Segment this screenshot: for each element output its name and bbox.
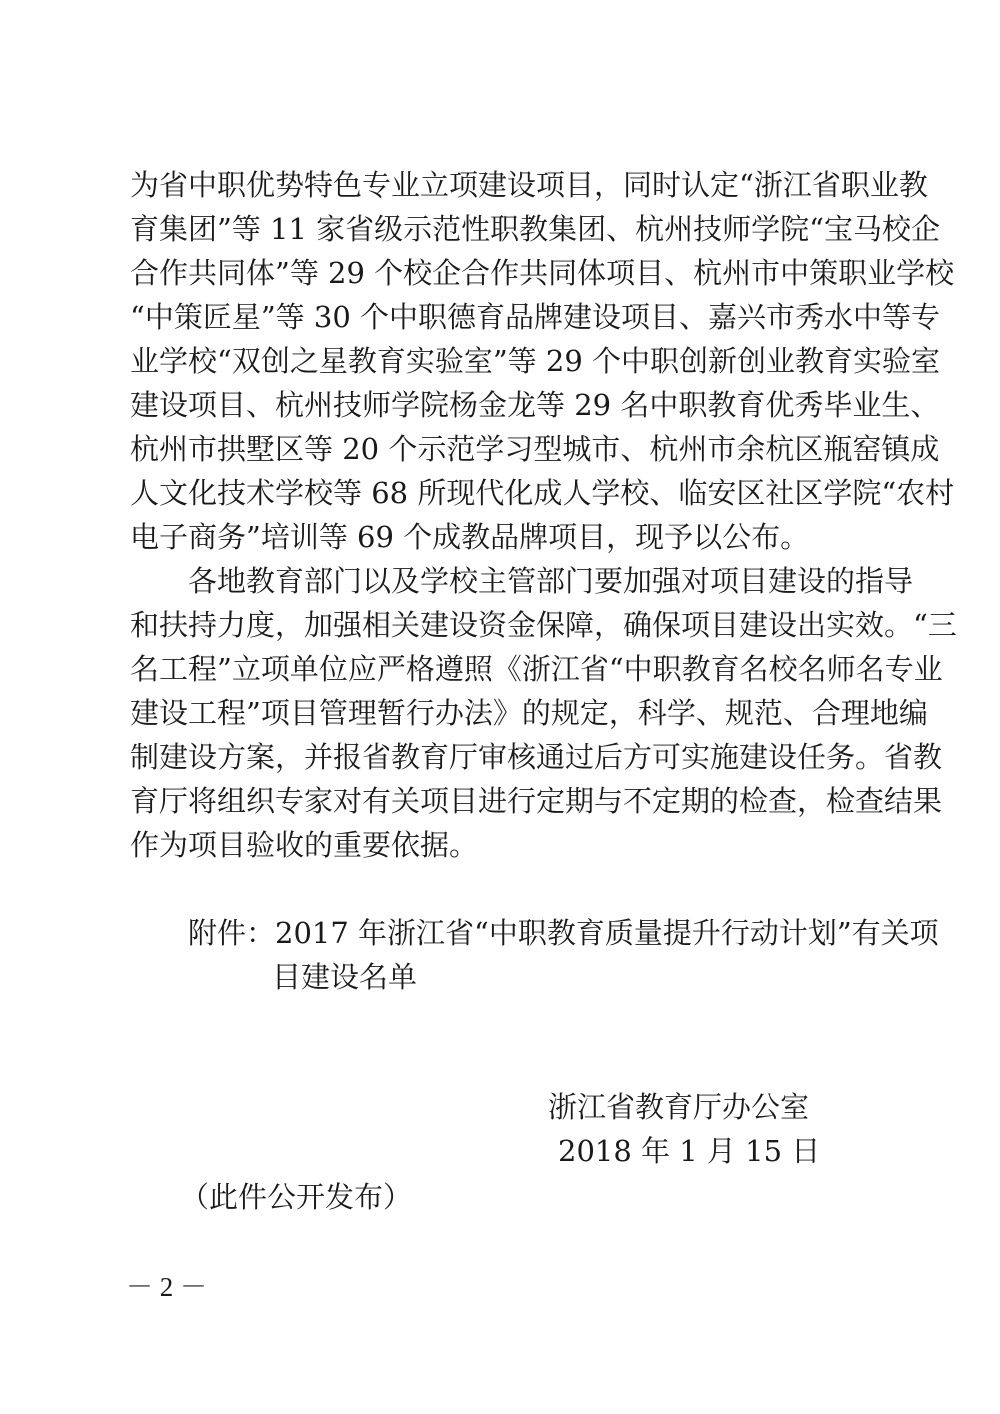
document-page: 为省中职优势特色专业立项建设项目，同时认定“浙江省职业教 育集团”等 11 家省…: [0, 0, 1000, 1414]
text-line: 建设项目、杭州技师学院杨金龙等 29 名中职教育优秀毕业生、: [130, 383, 875, 427]
text-line: 合作共同体”等 29 个校企合作共同体项目、杭州市中策职业学校: [130, 251, 875, 295]
text-line: 各地教育部门以及学校主管部门要加强对项目建设的指导: [188, 559, 875, 603]
text-line: 为省中职优势特色专业立项建设项目，同时认定“浙江省职业教: [130, 163, 875, 207]
text-line: 育厅将组织专家对有关项目进行定期与不定期的检查，检查结果: [130, 779, 875, 823]
text-line: 制建设方案，并报省教育厅审核通过后方可实施建设任务。省教: [130, 735, 875, 779]
text-line: 电子商务”培训等 69 个成教品牌项目，现予以公布。: [130, 515, 875, 559]
attachment-line-continued: 目建设名单: [272, 955, 417, 999]
text-line: “中策匠星”等 30 个中职德育品牌建设项目、嘉兴市秀水中等专: [130, 295, 875, 339]
text-line: 业学校“双创之星教育实验室”等 29 个中职创新创业教育实验室: [130, 339, 875, 383]
text-line: 育集团”等 11 家省级示范性职教集团、杭州技师学院“宝马校企: [130, 207, 875, 251]
attachment-line: 附件：2017 年浙江省“中职教育质量提升行动计划”有关项: [188, 911, 875, 955]
public-release-note: （此件公开发布）: [180, 1175, 412, 1219]
text-line: 杭州市拱墅区等 20 个示范学习型城市、杭州市余杭区瓶窑镇成: [130, 427, 875, 471]
text-line: 人文化技术学校等 68 所现代化成人学校、临安区社区学院“农村: [130, 471, 875, 515]
issue-date: 2018 年 1 月 15 日: [558, 1129, 820, 1173]
text-line: 作为项目验收的重要依据。: [130, 823, 875, 867]
page-number: － 2 －: [126, 1267, 207, 1307]
text-line: 建设工程”项目管理暂行办法》的规定，科学、规范、合理地编: [130, 691, 875, 735]
text-line: 名工程”立项单位应严格遵照《浙江省“中职教育名校名师名专业: [130, 647, 875, 691]
text-line: 和扶持力度，加强相关建设资金保障，确保项目建设出实效。“三: [130, 603, 875, 647]
issuing-organization: 浙江省教育厅办公室: [548, 1085, 809, 1129]
